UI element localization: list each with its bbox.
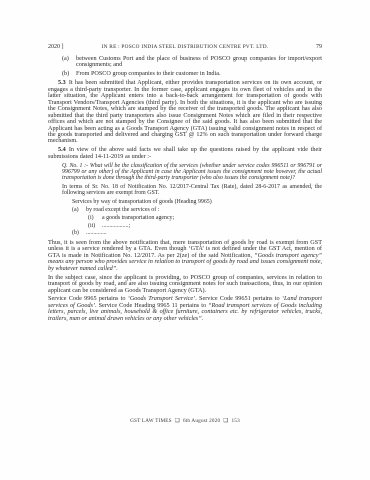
services-subitems: (i) a goods transportation agency; (ii) … — [88, 215, 322, 229]
notification-paragraph: In terms of Sr. No. 18 of Notification N… — [62, 184, 322, 196]
services-item-a-label: (a) — [72, 207, 79, 213]
services-subitem-ii: (ii) ..................; — [88, 223, 322, 229]
issue-date: 6th August 2020 — [183, 418, 220, 424]
services-item-a: (a) by road except the services of : — [72, 207, 322, 213]
question-1-block: Q. No. 1 :- What will be the classificat… — [62, 163, 322, 182]
page-body: (a) between Customs Port and the place o… — [48, 56, 322, 322]
paragraph-5-4-text: In view of the above said facts we shall… — [48, 146, 322, 159]
services-subitem-i-text: a goods transportation agency; — [102, 215, 174, 221]
list-item-a-text: between Customs Port and the place of bu… — [76, 55, 322, 68]
services-heading: Services by way of transportation of goo… — [72, 199, 322, 205]
services-quotation-block: Services by way of transportation of goo… — [72, 199, 322, 237]
services-item-a-text: by road except the services of : — [86, 207, 159, 213]
journal-page: 2020 ] IN RE : POSCO INDIA STEEL DISTRIB… — [0, 0, 370, 480]
services-subitem-i-label: (i) — [88, 215, 94, 221]
page-footer: GST LAW TIMES❑6th August 2020❑153 — [0, 418, 370, 424]
paragraph-5-3-text: It has been submitted that Applicant, ei… — [48, 79, 322, 144]
paragraph-5-4: 5.4 In view of the above said facts we s… — [48, 147, 322, 160]
folio-number: 153 — [232, 418, 240, 424]
list-item-a-label: (a) — [62, 56, 69, 62]
services-subitem-ii-text: ..................; — [102, 223, 130, 229]
square-separator-icon: ❑ — [220, 418, 231, 424]
thus-paragraph: Thus, it is seen from the above notifica… — [48, 240, 322, 272]
services-item-b-text: .............. — [86, 230, 107, 236]
services-item-b: (b) .............. — [72, 230, 322, 236]
services-item-b-label: (b) — [72, 230, 79, 236]
services-subitem-i: (i) a goods transportation agency; — [88, 215, 322, 221]
service-code-paragraph: Service Code 9965 pertains to ‘Goods Tra… — [48, 296, 322, 322]
services-subitem-ii-label: (ii) — [88, 223, 95, 229]
case-title: IN RE : POSCO INDIA STEEL DISTRIBUTION C… — [78, 44, 292, 50]
sub-clause-list: (a) between Customs Port and the place o… — [62, 56, 322, 78]
journal-name: GST LAW TIMES — [130, 418, 172, 424]
list-item-b: (b) From POSCO group companies to their … — [62, 71, 322, 77]
list-item-b-text: From POSCO group companies to their cust… — [76, 70, 221, 77]
list-item-a: (a) between Customs Port and the place o… — [62, 56, 322, 69]
page-header: 2020 ] IN RE : POSCO INDIA STEEL DISTRIB… — [48, 44, 322, 50]
square-separator-icon: ❑ — [172, 418, 183, 424]
subject-case-paragraph: In the subject case, since the applicant… — [48, 275, 322, 294]
list-item-b-label: (b) — [62, 71, 69, 77]
page-number: 79 — [292, 44, 322, 50]
year-marker: 2020 ] — [48, 44, 78, 50]
paragraph-5-3: 5.3 It has been submitted that Applicant… — [48, 80, 322, 145]
